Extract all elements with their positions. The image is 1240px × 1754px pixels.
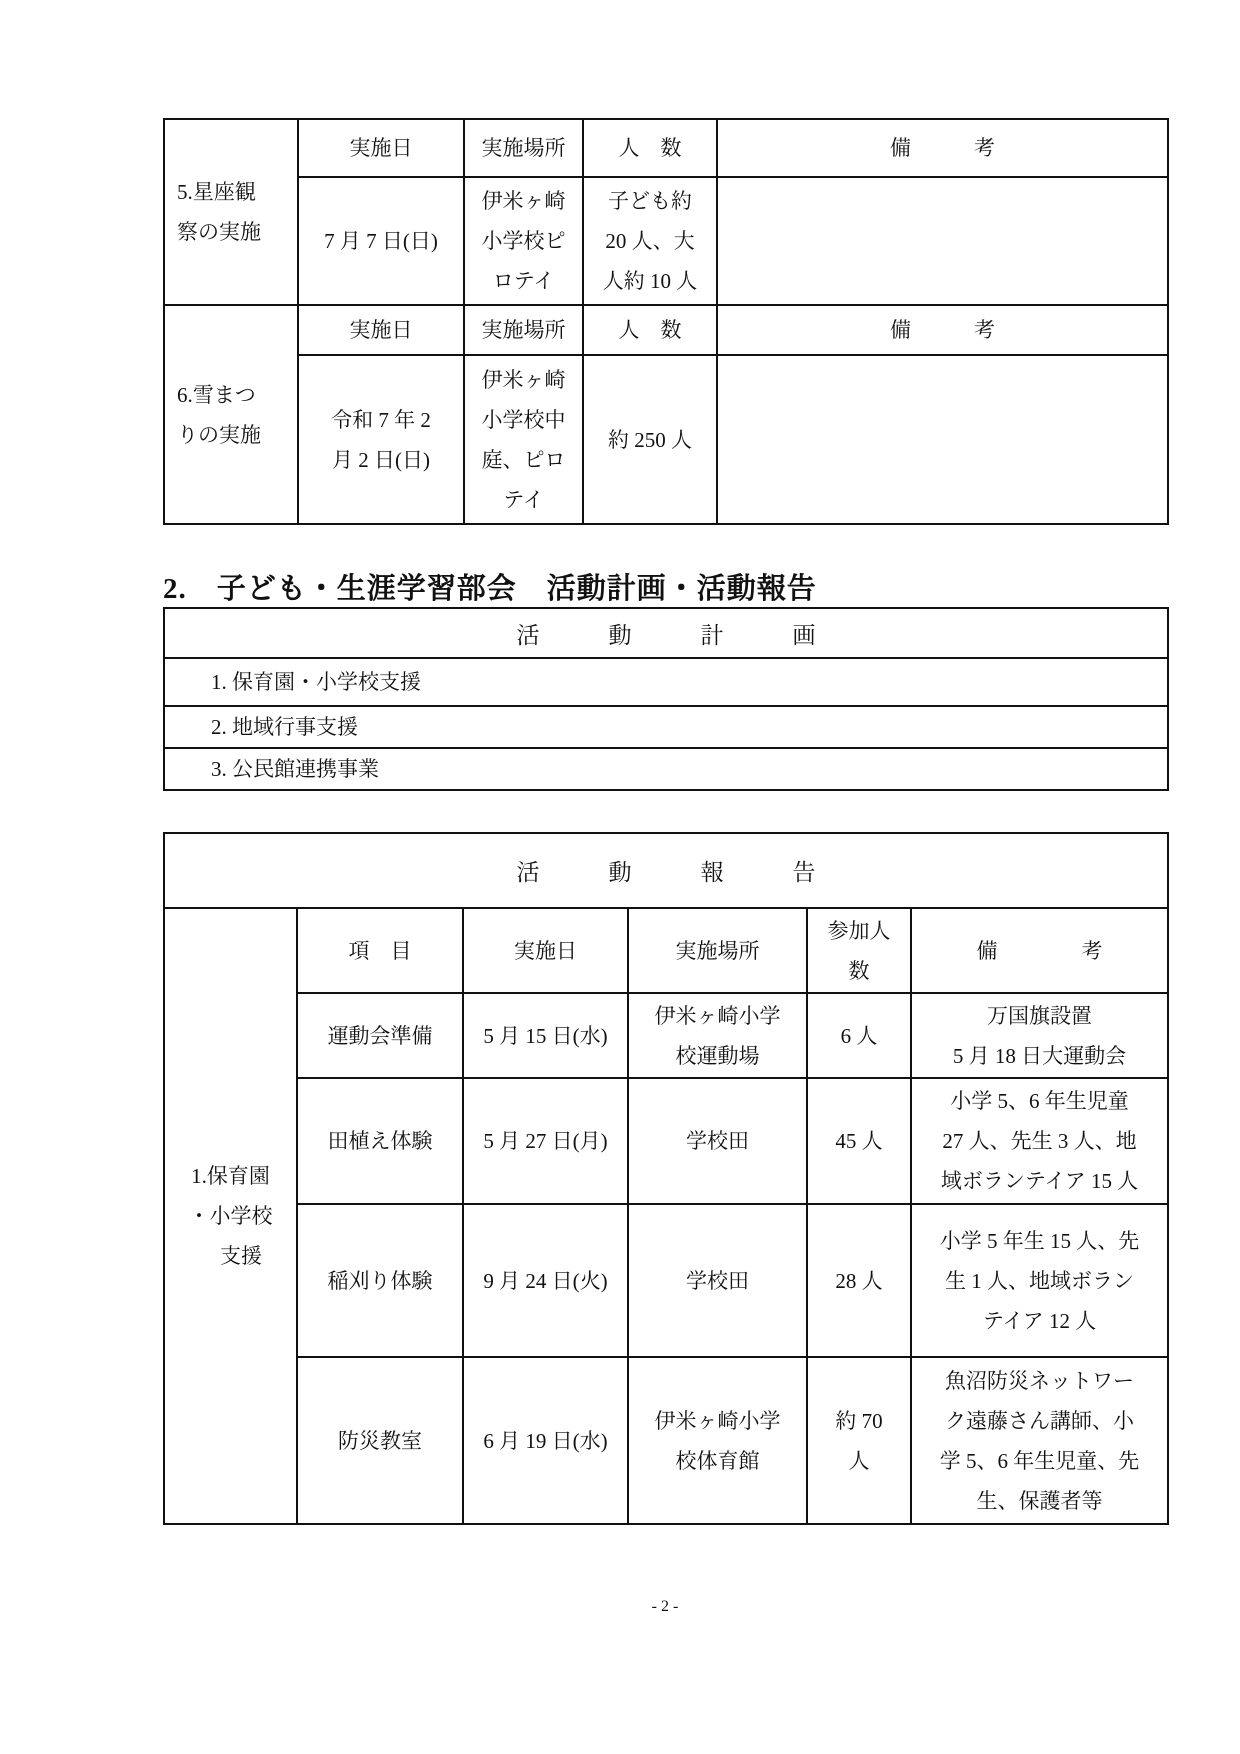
row-place: 伊米ヶ崎小学 校体育館 xyxy=(628,1357,807,1524)
row-date: 6 月 19 日(水) xyxy=(463,1357,628,1524)
row-participants: 28 人 xyxy=(807,1204,911,1357)
section5-label: 5.星座観 察の実施 xyxy=(164,119,298,305)
page-number: - 2 - xyxy=(163,1598,1167,1616)
row-item: 稲刈り体験 xyxy=(297,1204,463,1357)
col-header-place: 実施場所 xyxy=(464,119,583,177)
col-header-participants: 参加人 数 xyxy=(807,908,911,993)
row-remarks: 魚沼防災ネットワー ク遠藤さん講師、小 学 5、6 年生児童、先 生、保護者等 xyxy=(911,1357,1168,1524)
col-header-count: 人 数 xyxy=(583,305,717,355)
row-item: 田植え体験 xyxy=(297,1078,463,1204)
row-participants: 6 人 xyxy=(807,993,911,1078)
activity-plan-table: 活 動 計 画 1. 保育園・小学校支援 2. 地域行事支援 3. 公民館連携事… xyxy=(163,607,1169,791)
col-header-date: 実施日 xyxy=(298,119,464,177)
table-row: 稲刈り体験 9 月 24 日(火) 学校田 28 人 小学 5 年生 15 人、… xyxy=(164,1204,1168,1357)
section6-count: 約 250 人 xyxy=(583,355,717,524)
row-item: 防災教室 xyxy=(297,1357,463,1524)
section6-label: 6.雪まつ りの実施 xyxy=(164,305,298,524)
table-row: 田植え体験 5 月 27 日(月) 学校田 45 人 小学 5、6 年生児童 2… xyxy=(164,1078,1168,1204)
report-group-label: 1.保育園 ・小学校 支援 xyxy=(164,908,297,1524)
row-remarks: 小学 5、6 年生児童 27 人、先生 3 人、地 域ボランテイア 15 人 xyxy=(911,1078,1168,1204)
plan-item: 1. 保育園・小学校支援 xyxy=(164,658,1168,706)
section5-remarks xyxy=(717,177,1168,305)
section5-place: 伊米ヶ崎 小学校ピ ロテイ xyxy=(464,177,583,305)
plan-item: 2. 地域行事支援 xyxy=(164,706,1168,748)
row-date: 5 月 15 日(水) xyxy=(463,993,628,1078)
col-header-item: 項 目 xyxy=(297,908,463,993)
row-date: 5 月 27 日(月) xyxy=(463,1078,628,1204)
activity-sections-table: 5.星座観 察の実施 実施日 実施場所 人 数 備 考 7 月 7 日(日) 伊… xyxy=(163,118,1169,525)
report-table-title: 活 動 報 告 xyxy=(164,833,1168,908)
row-place: 学校田 xyxy=(628,1078,807,1204)
row-remarks: 万国旗設置 5 月 18 日大運動会 xyxy=(911,993,1168,1078)
row-date: 9 月 24 日(火) xyxy=(463,1204,628,1357)
plan-item: 3. 公民館連携事業 xyxy=(164,748,1168,790)
plan-table-title: 活 動 計 画 xyxy=(164,608,1168,658)
row-participants: 約 70 人 xyxy=(807,1357,911,1524)
row-participants: 45 人 xyxy=(807,1078,911,1204)
row-item: 運動会準備 xyxy=(297,993,463,1078)
col-header-date: 実施日 xyxy=(298,305,464,355)
table-row: 防災教室 6 月 19 日(水) 伊米ヶ崎小学 校体育館 約 70 人 魚沼防災… xyxy=(164,1357,1168,1524)
table-row: 運動会準備 5 月 15 日(水) 伊米ヶ崎小学 校運動場 6 人 万国旗設置 … xyxy=(164,993,1168,1078)
col-header-remarks: 備 考 xyxy=(717,119,1168,177)
row-remarks: 小学 5 年生 15 人、先 生 1 人、地域ボラン テイア 12 人 xyxy=(911,1204,1168,1357)
section5-count: 子ども約 20 人、大 人約 10 人 xyxy=(583,177,717,305)
col-header-count: 人 数 xyxy=(583,119,717,177)
col-header-remarks: 備 考 xyxy=(911,908,1168,993)
section6-remarks xyxy=(717,355,1168,524)
row-place: 学校田 xyxy=(628,1204,807,1357)
col-header-date: 実施日 xyxy=(463,908,628,993)
section6-place: 伊米ヶ崎 小学校中 庭、ピロ テイ xyxy=(464,355,583,524)
activity-report-table: 活 動 報 告 1.保育園 ・小学校 支援 項 目 実施日 実施場所 参加人 数… xyxy=(163,832,1169,1525)
document-page: 5.星座観 察の実施 実施日 実施場所 人 数 備 考 7 月 7 日(日) 伊… xyxy=(0,0,1240,1754)
col-header-remarks: 備 考 xyxy=(717,305,1168,355)
row-place: 伊米ヶ崎小学 校運動場 xyxy=(628,993,807,1078)
section-heading: 2. 子ども・生涯学習部会 活動計画・活動報告 xyxy=(163,566,1167,607)
section5-date: 7 月 7 日(日) xyxy=(298,177,464,305)
col-header-place: 実施場所 xyxy=(464,305,583,355)
section6-date: 令和 7 年 2 月 2 日(日) xyxy=(298,355,464,524)
col-header-place: 実施場所 xyxy=(628,908,807,993)
